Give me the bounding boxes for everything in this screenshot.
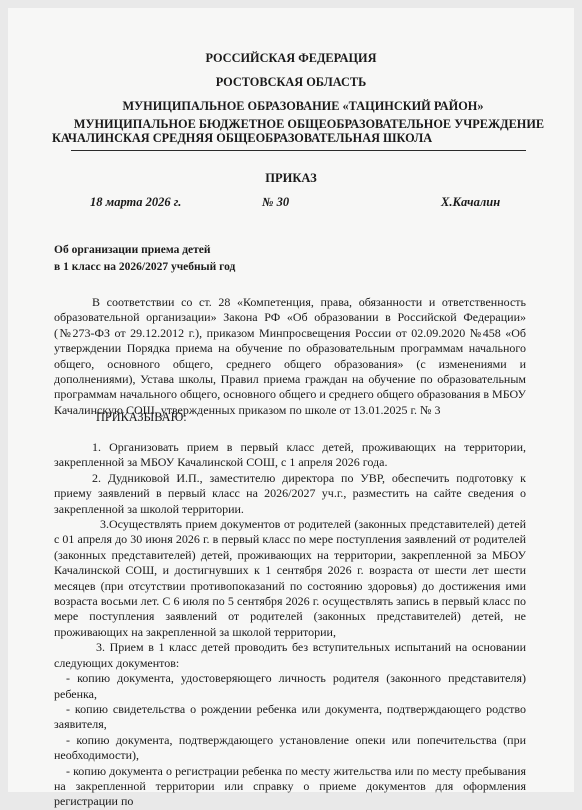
header-institution-type: МУНИЦИПАЛЬНОЕ БЮДЖЕТНОЕ ОБЩЕОБРАЗОВАТЕЛЬ… xyxy=(26,117,582,132)
header-country: РОССИЙСКАЯ ФЕДЕРАЦИЯ xyxy=(8,51,574,66)
order-item: 2. Дудниковой И.П., заместителю директор… xyxy=(54,471,526,517)
order-subject-line-1: Об организации приема детей xyxy=(54,244,211,256)
order-items: 1. Организовать прием в первый класс дет… xyxy=(54,440,526,800)
order-place: Х.Качалин xyxy=(441,195,500,210)
document-list-item: - копию свидетельства о рождении ребенка… xyxy=(54,702,526,733)
decree-word: ПРИКАЗЫВАЮ: xyxy=(96,410,187,425)
document-list-item: - копию документа о регистрации ребенка … xyxy=(54,764,526,800)
order-number: № 30 xyxy=(262,195,289,210)
order-date: 18 марта 2026 г. xyxy=(90,195,181,210)
order-item: 3. Прием в 1 класс детей проводить без в… xyxy=(54,640,526,671)
order-item: 3.Осуществлять прием документов от родит… xyxy=(54,517,526,640)
preamble-text: В соответствии со ст. 28 «Компетенция, п… xyxy=(54,295,526,418)
document-list-item: - копию документа, подтверждающего устан… xyxy=(54,733,526,764)
header-region: РОСТОВСКАЯ ОБЛАСТЬ xyxy=(8,75,574,90)
order-subject-line-2: в 1 класс на 2026/2027 учебный год xyxy=(54,261,235,273)
preamble: В соответствии со ст. 28 «Компетенция, п… xyxy=(54,295,526,418)
header-institution-name: КАЧАЛИНСКАЯ СРЕДНЯЯ ОБЩЕОБРАЗОВАТЕЛЬНАЯ … xyxy=(52,131,582,146)
header-municipality: МУНИЦИПАЛЬНОЕ ОБРАЗОВАНИЕ «ТАЦИНСКИЙ РАЙ… xyxy=(20,99,582,114)
order-title: ПРИКАЗ xyxy=(8,171,574,186)
header-divider xyxy=(71,150,526,151)
document-page: РОССИЙСКАЯ ФЕДЕРАЦИЯ РОСТОВСКАЯ ОБЛАСТЬ … xyxy=(8,8,574,792)
order-item: 1. Организовать прием в первый класс дет… xyxy=(54,440,526,471)
document-list-item: - копию документа, удостоверяющего лично… xyxy=(54,671,526,702)
